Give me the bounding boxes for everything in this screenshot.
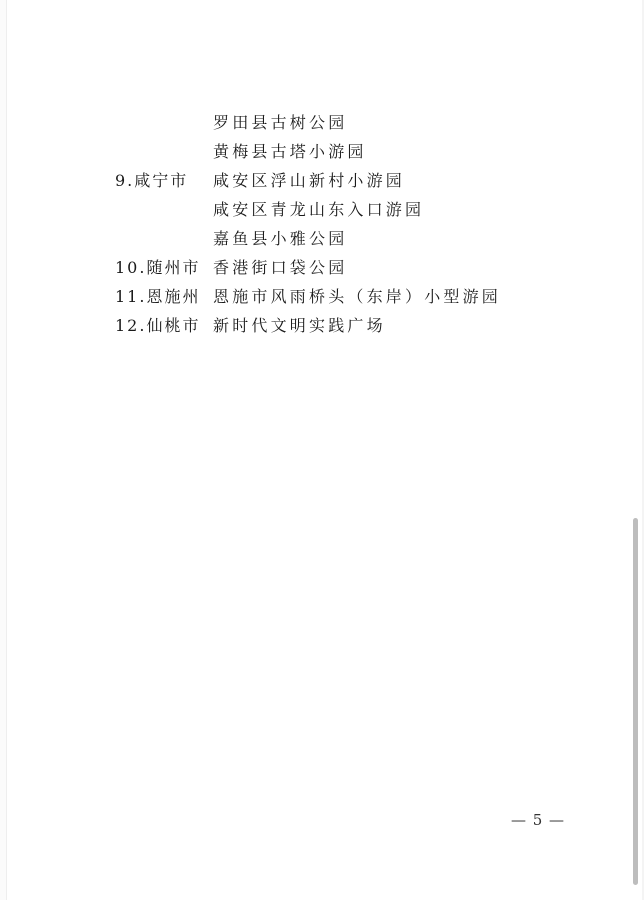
city-label: 9.咸宁市 — [115, 166, 188, 195]
park-name: 嘉鱼县小雅公园 — [213, 224, 347, 253]
park-name: 咸安区青龙山东入口游园 — [213, 195, 424, 224]
list-item: 罗田县古树公园 — [0, 108, 600, 137]
document-page: 罗田县古树公园 黄梅县古塔小游园 9.咸宁市 咸安区浮山新村小游园 咸安区青龙山… — [0, 0, 644, 900]
city-label: 11.恩施州 — [115, 282, 200, 311]
list-item: 11.恩施州 恩施市风雨桥头（东岸）小型游园 — [0, 282, 600, 311]
city-label: 12.仙桃市 — [115, 311, 200, 340]
list-item: 咸安区青龙山东入口游园 — [0, 195, 600, 224]
park-name: 咸安区浮山新村小游园 — [213, 166, 405, 195]
park-name: 罗田县古树公园 — [213, 108, 347, 137]
page-number: — 5 — — [508, 808, 568, 832]
park-name: 香港街口袋公园 — [213, 253, 347, 282]
list-item: 10.随州市 香港街口袋公园 — [0, 253, 600, 282]
park-name: 新时代文明实践广场 — [213, 311, 386, 340]
vertical-scrollbar[interactable] — [630, 0, 640, 900]
park-name: 黄梅县古塔小游园 — [213, 137, 367, 166]
list-item: 9.咸宁市 咸安区浮山新村小游园 — [0, 166, 600, 195]
park-name: 恩施市风雨桥头（东岸）小型游园 — [213, 282, 501, 311]
list-item: 嘉鱼县小雅公园 — [0, 224, 600, 253]
list-item: 12.仙桃市 新时代文明实践广场 — [0, 311, 600, 340]
city-label: 10.随州市 — [115, 253, 200, 282]
list-item: 黄梅县古塔小游园 — [0, 137, 600, 166]
scrollbar-thumb[interactable] — [633, 518, 638, 885]
